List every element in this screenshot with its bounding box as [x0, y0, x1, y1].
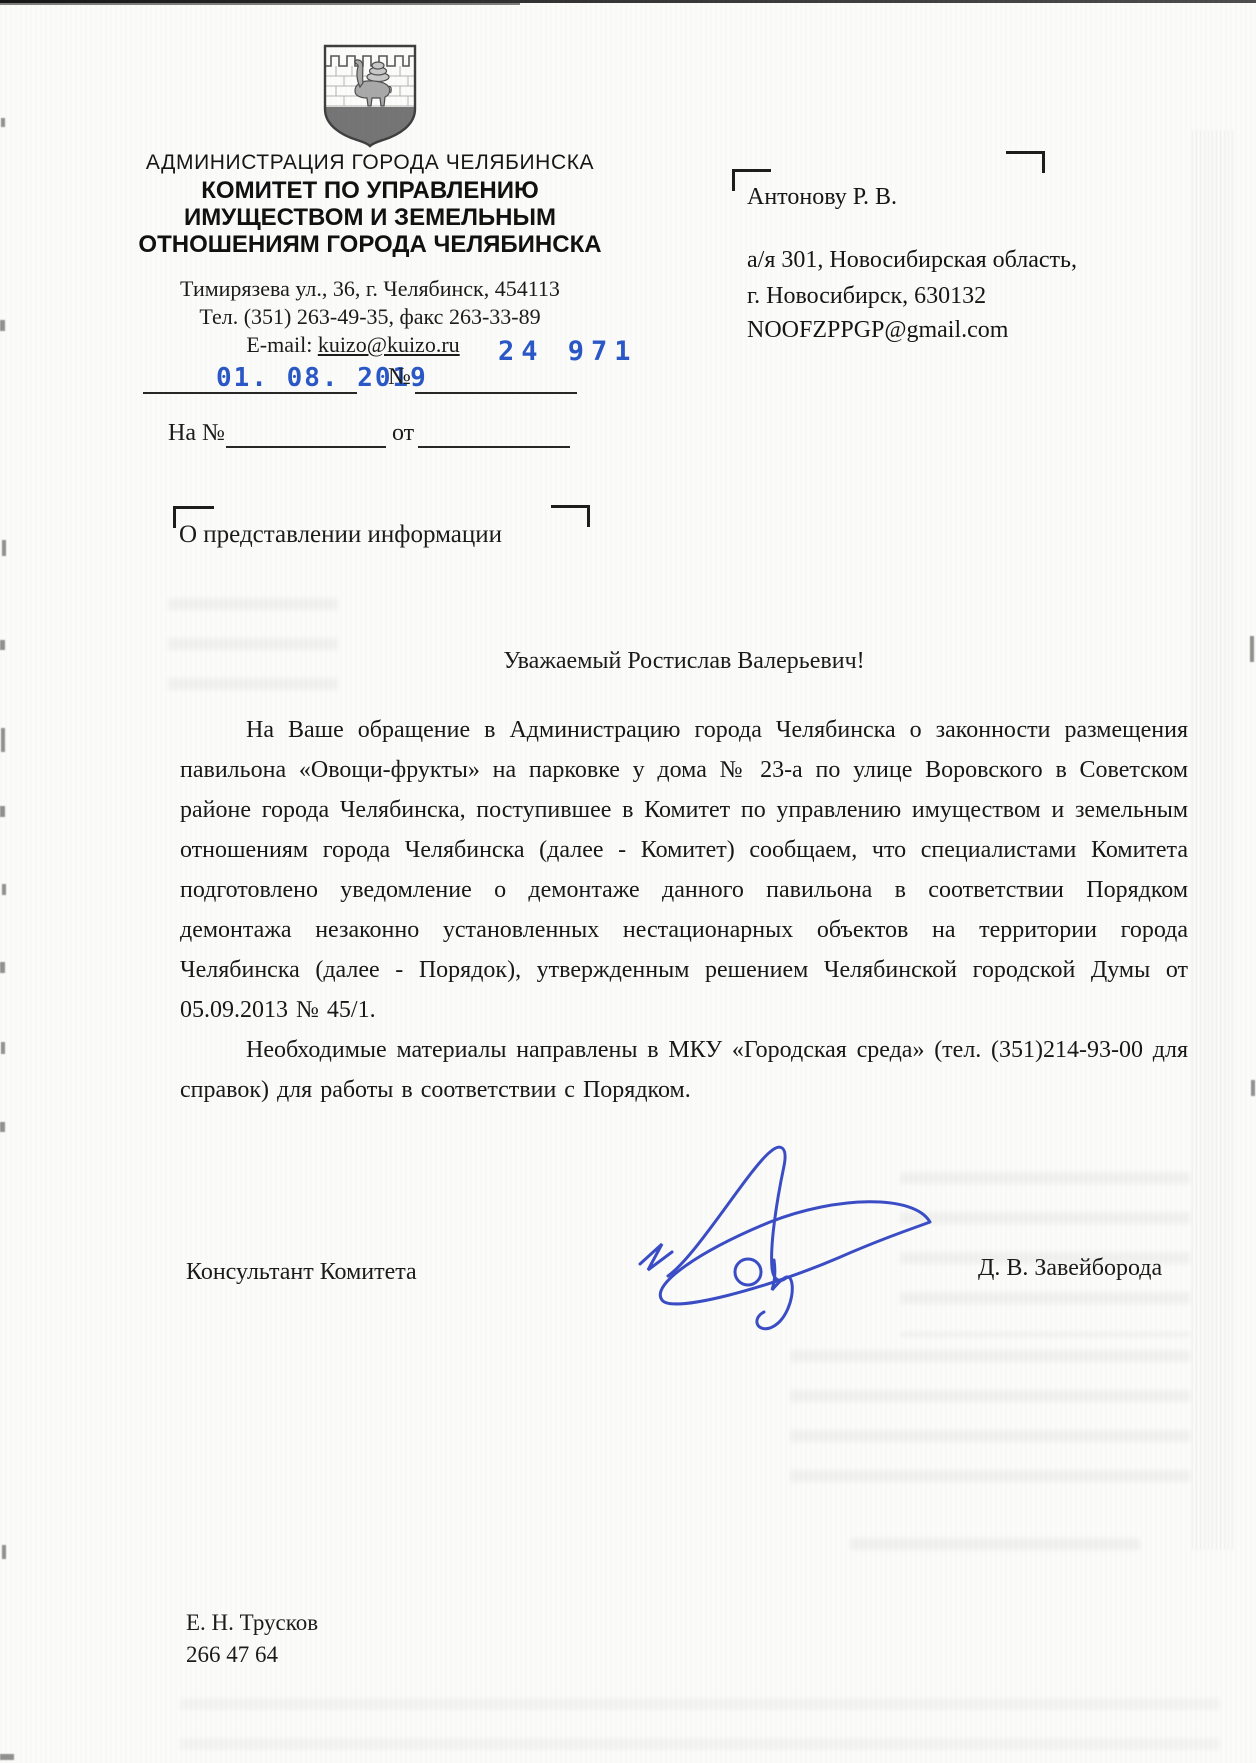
ref-from-line [418, 446, 570, 448]
ref-number-label: На № [168, 420, 225, 447]
recipient-address-2: г. Новосибирск, 630132 [747, 283, 986, 310]
scan-speck [2, 884, 6, 895]
recipient-address-1: а/я 301, Новосибирская область, [747, 247, 1077, 274]
signer-name: Д. В. Завейборода [978, 1255, 1162, 1282]
org-name-line-1: КОМИТЕТ ПО УПРАВЛЕНИЮ [130, 177, 610, 204]
ref-number-line [226, 446, 386, 448]
executor-phone: 266 47 64 [186, 1642, 278, 1668]
corner-bracket-right [551, 505, 590, 527]
subject-line: О представлении информации [179, 521, 502, 549]
executor-name: Е. Н. Трусков [186, 1610, 318, 1636]
incoming-number-stamp: 24 971 [498, 336, 638, 367]
date-line [143, 392, 357, 394]
scan-speck [0, 320, 5, 331]
scan-speck [1250, 636, 1254, 662]
recipient-email: NOOFZPPGP@gmail.com [747, 317, 1008, 344]
recipient-name: Антонову Р. В. [747, 184, 897, 211]
org-address: Тимирязева ул., 36, г. Челябинск, 454113 [130, 276, 610, 302]
body-paragraph: Необходимые материалы направлены в МКУ «… [180, 1030, 1188, 1110]
scan-speck [2, 1545, 6, 1559]
coat-of-arms-icon [322, 43, 418, 148]
signer-title: Консультант Комитета [186, 1259, 417, 1286]
scan-speck [1, 1042, 5, 1054]
number-line [415, 392, 577, 394]
bleed-through-smudge [790, 1350, 1190, 1485]
salutation: Уважаемый Ростислав Валерьевич! [180, 648, 1188, 675]
corner-bracket-right [1006, 151, 1045, 173]
bleed-through-smudge [180, 1698, 1220, 1756]
ref-from-label: от [392, 420, 414, 447]
handwritten-signature [598, 1126, 958, 1346]
scan-speck [0, 1754, 14, 1760]
letter-page: АДМИНИСТРАЦИЯ ГОРОДА ЧЕЛЯБИНСКА КОМИТЕТ … [0, 0, 1256, 1763]
org-name: КОМИТЕТ ПО УПРАВЛЕНИЮ ИМУЩЕСТВОМ И ЗЕМЕЛ… [130, 177, 610, 258]
org-parent-name: АДМИНИСТРАЦИЯ ГОРОДА ЧЕЛЯБИНСКА [130, 151, 610, 175]
scan-speck [0, 1122, 5, 1132]
scan-speck [1, 118, 5, 127]
scan-speck [1, 728, 5, 752]
org-phone: Тел. (351) 263-49-35, факс 263-33-89 [130, 304, 610, 330]
letter-body: На Ваше обращение в Администрацию города… [180, 710, 1188, 1110]
scan-streak-band [1192, 130, 1236, 1550]
email-label: E-mail: [246, 332, 317, 357]
body-paragraph: На Ваше обращение в Администрацию города… [180, 710, 1188, 1030]
scan-speck [0, 806, 5, 817]
number-label: № [388, 364, 411, 391]
bleed-through-smudge [850, 1538, 1140, 1572]
scan-speck [2, 540, 6, 556]
org-name-line-3: ОТНОШЕНИЯМ ГОРОДА ЧЕЛЯБИНСКА [130, 231, 610, 258]
scan-speck [0, 962, 5, 973]
scan-edge-line-2 [0, 3, 520, 5]
org-email: kuizo@kuizo.ru [318, 332, 460, 357]
scan-speck [0, 640, 5, 650]
scan-speck [1251, 1080, 1255, 1096]
org-name-line-2: ИМУЩЕСТВОМ И ЗЕМЕЛЬНЫМ [130, 204, 610, 231]
